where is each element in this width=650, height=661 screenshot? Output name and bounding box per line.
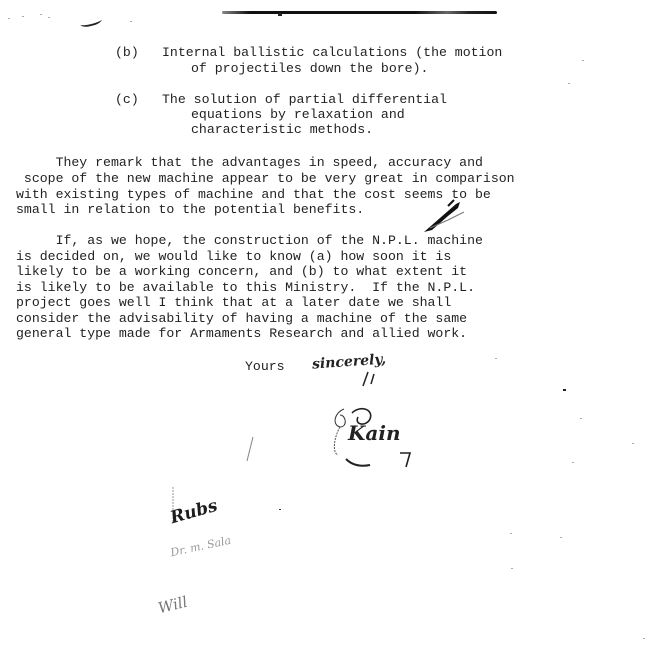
scan-speckle (563, 389, 566, 391)
list-item-line: characteristic methods. (191, 122, 373, 138)
paragraph-line: small in relation to the potential benef… (16, 202, 364, 218)
list-item-line: equations by relaxation and (191, 107, 405, 123)
margin-note: Dr. m. Sala (169, 534, 232, 559)
scan-speckle (48, 17, 50, 18)
scan-speckle (582, 60, 584, 61)
scan-speckle (495, 358, 497, 359)
scan-speckle (580, 418, 582, 419)
scan-speckle (560, 537, 562, 538)
scan-speckle (40, 14, 42, 15)
ink-smudge-mark (79, 15, 102, 28)
scan-speckle (279, 509, 281, 510)
paragraph-line: project goes well I think that at a late… (16, 295, 451, 311)
closing-typed: Yours (245, 359, 285, 375)
scan-speckle (22, 16, 24, 17)
paragraph-line: They remark that the advantages in speed… (16, 155, 483, 171)
scan-speckle (130, 21, 132, 22)
paragraph-line: is likely to be available to this Minist… (16, 280, 475, 296)
scan-speckle (511, 568, 513, 569)
scan-speckle (643, 638, 645, 639)
scan-speckle (572, 462, 574, 463)
paragraph-line: consider the advisability of having a ma… (16, 311, 467, 327)
ink-tick-mark (420, 198, 470, 238)
paragraph-line: is decided on, we would like to know (a)… (16, 249, 451, 265)
list-item-line: Internal ballistic calculations (the mot… (162, 45, 502, 61)
header-rule-mark (222, 11, 497, 14)
paragraph-line: If, as we hope, the construction of the … (16, 233, 483, 249)
signature-handwritten: Kain (348, 421, 400, 445)
paragraph-line: scope of the new machine appear to be ve… (16, 171, 515, 187)
list-marker: (b) (115, 45, 139, 61)
pencil-stroke-mark (245, 435, 255, 465)
list-marker: (c) (115, 92, 139, 108)
paragraph-line: likely to be a working concern, and (b) … (16, 264, 467, 280)
scan-speckle (632, 443, 634, 444)
handwritten-comma-mark (360, 370, 380, 390)
scan-speckle (568, 83, 570, 84)
paragraph-line: general type made for Armaments Research… (16, 326, 467, 342)
scan-speckle (8, 18, 10, 19)
list-item-line: of projectiles down the bore). (191, 61, 428, 77)
scanned-letter-page: (b) Internal ballistic calculations (the… (0, 0, 650, 661)
margin-note: Will (156, 593, 189, 618)
scan-speckle (510, 533, 512, 534)
list-item-line: The solution of partial differential (162, 92, 447, 108)
header-rule-tick (278, 13, 282, 16)
